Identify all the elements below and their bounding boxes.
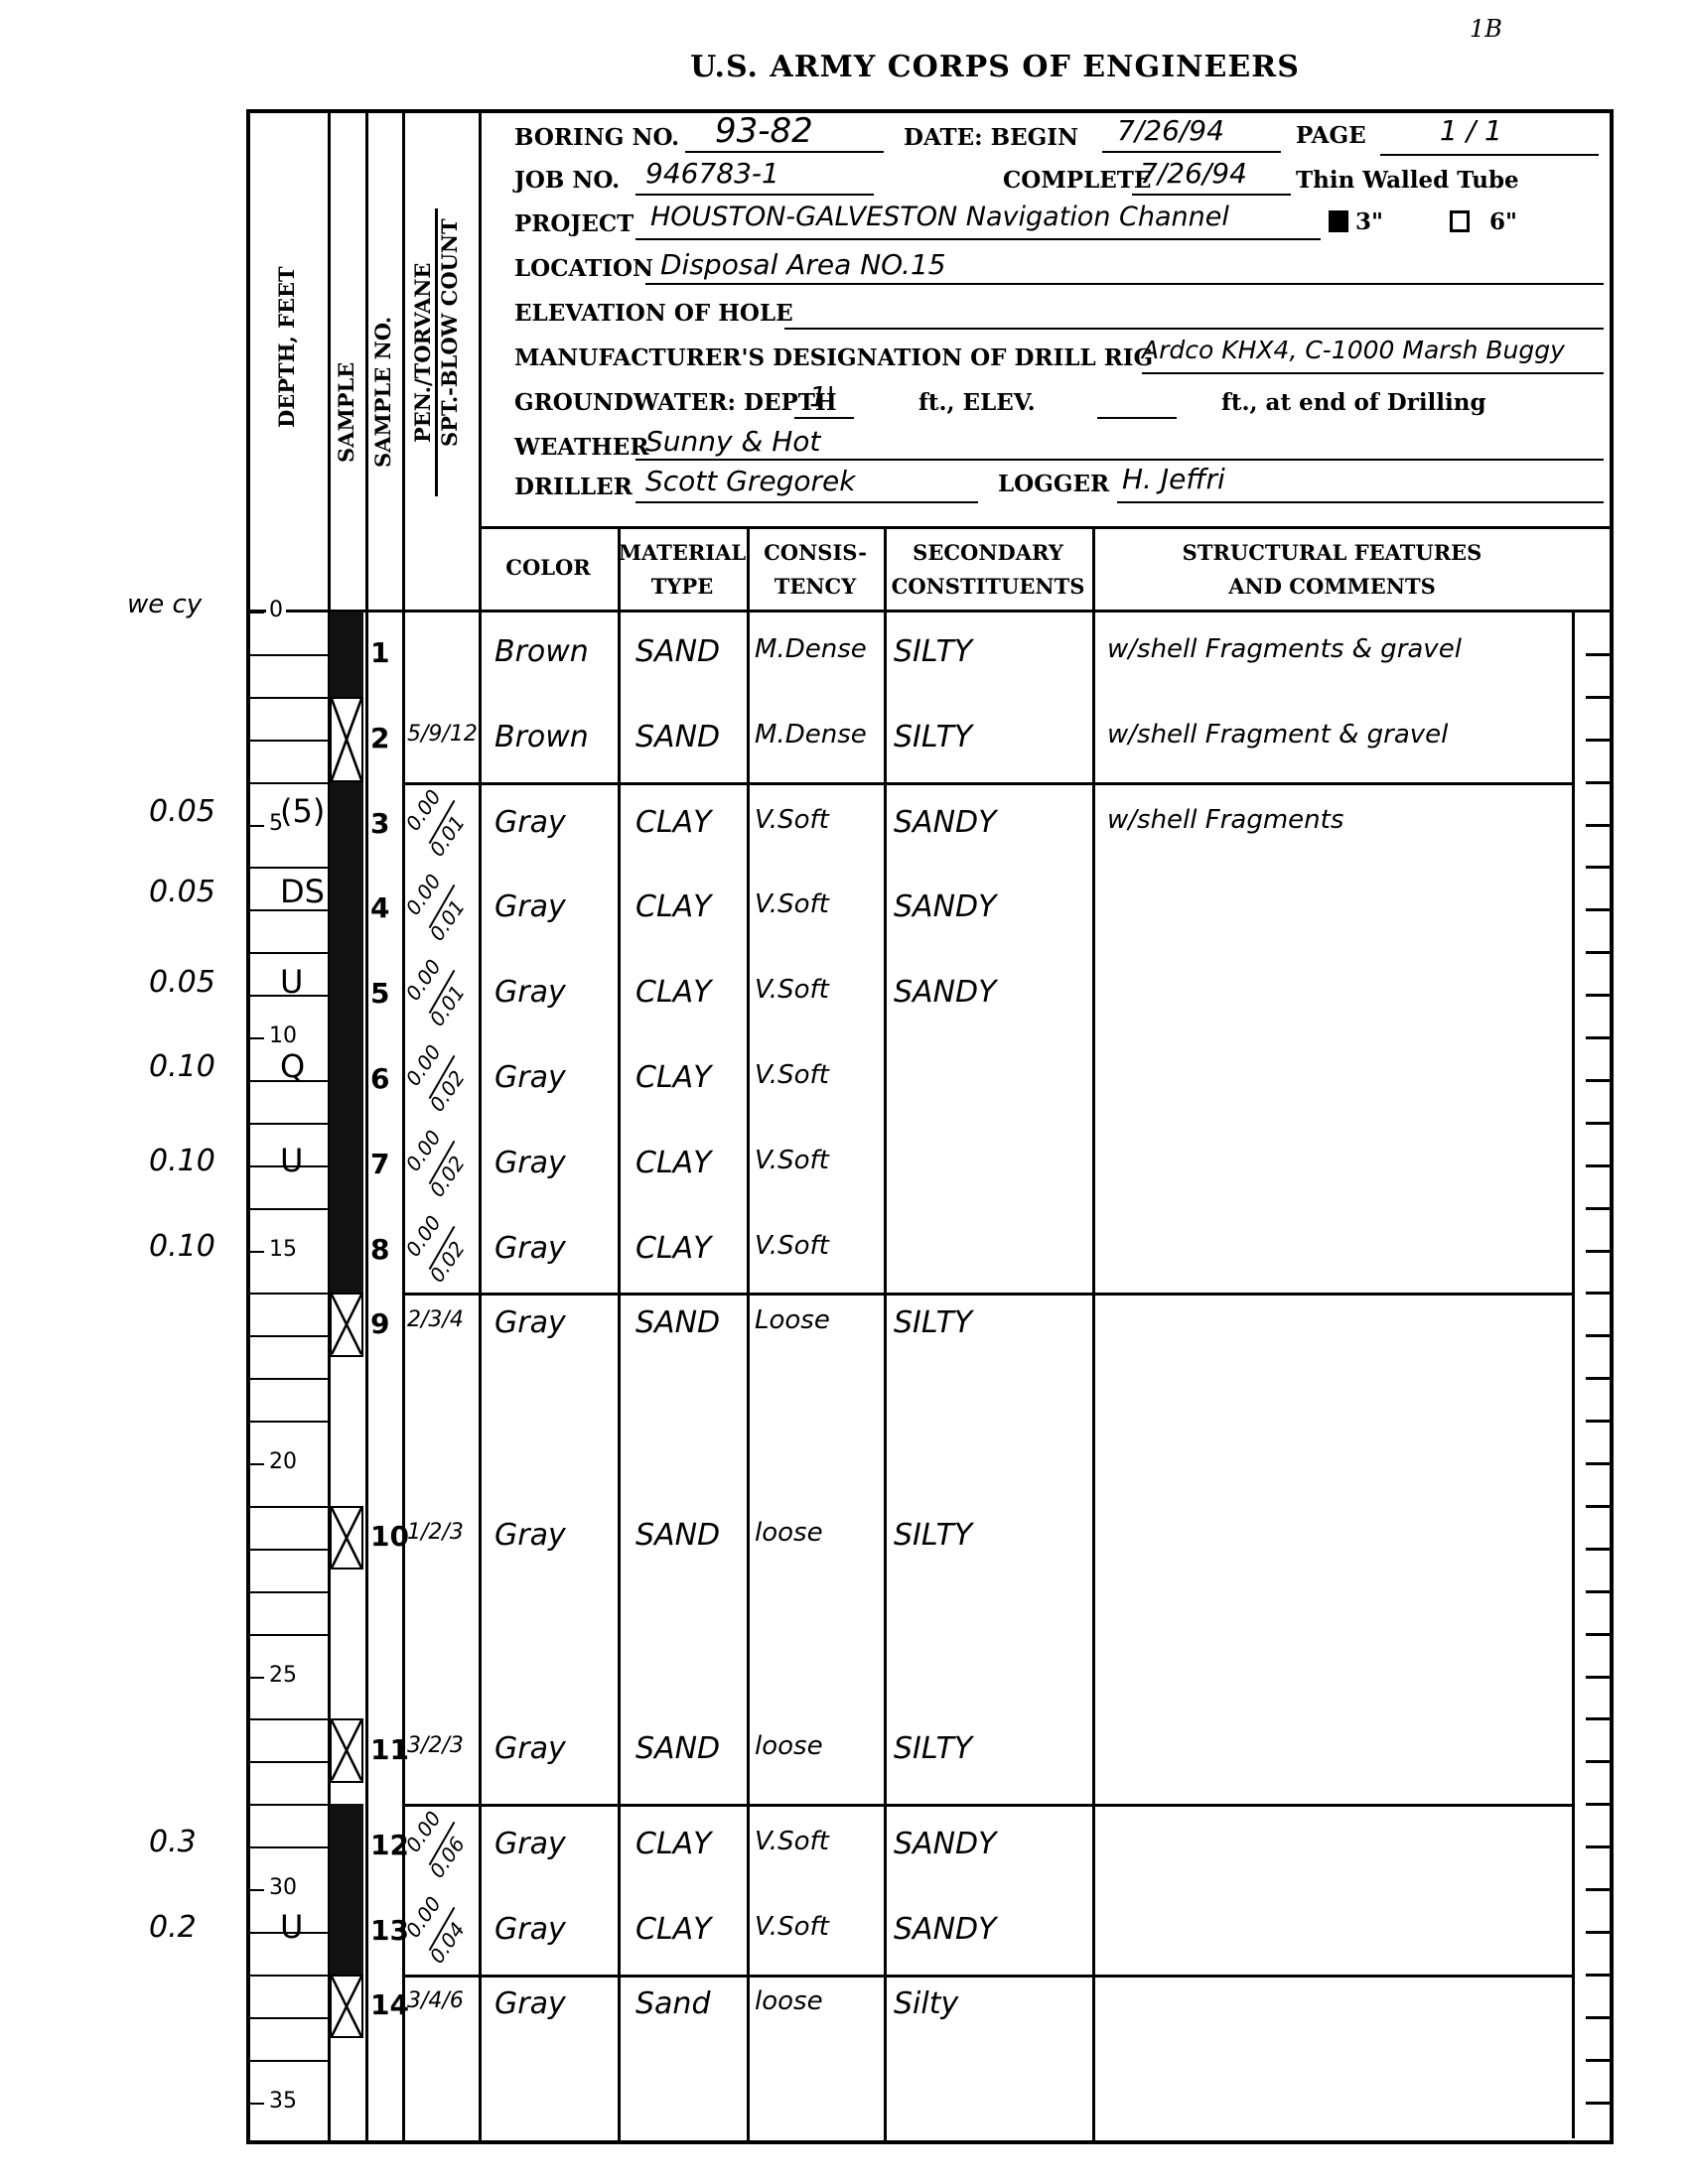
consistency-value: V.Soft — [755, 1231, 829, 1261]
depth-tick-label: 35 — [266, 2089, 300, 2114]
scale-tick — [1586, 1292, 1614, 1295]
tube-6in-label: 6" — [1489, 208, 1517, 235]
depth-grid-line — [250, 825, 264, 827]
complete-label: COMPLETE — [1003, 167, 1151, 194]
tube-6in-checkbox[interactable] — [1450, 210, 1470, 232]
scale-tick — [1586, 1633, 1614, 1636]
depth-tick-label: 10 — [266, 1024, 300, 1048]
sample-tube-marker — [330, 1208, 363, 1294]
depth-grid-line — [250, 1421, 328, 1423]
depth-grid-line — [250, 782, 328, 784]
secondary-value: SANDY — [894, 889, 996, 924]
margin-note: 0.2 — [149, 1910, 197, 1945]
scale-tick — [1586, 1974, 1614, 1977]
depth-grid-line — [250, 1677, 264, 1679]
sample-tube-marker — [330, 1889, 363, 1975]
complete-value: 7/26/94 — [1140, 157, 1247, 190]
margin-note: 0.10 — [149, 1229, 215, 1264]
scale-tick — [1586, 1590, 1614, 1593]
depth-tick-label: 0 — [266, 598, 286, 622]
scale-tick — [1586, 1079, 1614, 1082]
depth-tick-label: 30 — [266, 1875, 300, 1900]
color-value: Gray — [494, 1912, 566, 1947]
tube-3in-checkbox[interactable] — [1329, 210, 1348, 232]
boring-no-label: BORING NO. — [514, 124, 679, 151]
header-sample: SAMPLE — [334, 328, 358, 496]
end-of-drilling-label: ft., at end of Drilling — [1221, 389, 1486, 416]
header-sample-no: SAMPLE NO. — [370, 288, 395, 496]
depth-box-note: U — [280, 963, 303, 1001]
header-secondary-line1: SECONDARY — [884, 536, 1092, 570]
scale-tick — [1586, 1760, 1614, 1763]
depth-grid-line — [250, 697, 328, 699]
depth-grid-line — [250, 1846, 328, 1848]
material-value: CLAY — [635, 975, 712, 1010]
header-color: COLOR — [479, 551, 618, 585]
secondary-value: SANDY — [894, 975, 996, 1010]
depth-grid-line — [250, 1293, 328, 1295]
depth-grid-line — [250, 1463, 264, 1465]
weather-value: Sunny & Hot — [645, 425, 820, 458]
header-pen-torvane: PEN./TORVANE — [410, 208, 438, 496]
color-value: Gray — [494, 1518, 566, 1553]
sample-spt-marker — [330, 697, 363, 782]
sample-no: 8 — [370, 1233, 389, 1266]
color-value: Gray — [494, 1060, 566, 1095]
col-divider — [479, 109, 482, 2144]
comments-value: w/shell Fragments & gravel — [1107, 634, 1462, 664]
scale-tick — [1586, 1207, 1614, 1210]
depth-tick-label: 15 — [266, 1237, 300, 1262]
header-material-line1: MATERIAL — [618, 536, 747, 570]
material-value: CLAY — [635, 889, 712, 924]
color-value: Gray — [494, 1827, 566, 1861]
date-begin-label: DATE: BEGIN — [904, 124, 1078, 151]
color-value: Brown — [494, 720, 589, 754]
depth-grid-line — [250, 740, 328, 742]
secondary-value: SILTY — [894, 1731, 972, 1766]
depth-grid-line — [250, 1718, 328, 1720]
sample-spt-marker — [330, 1975, 363, 2038]
drill-rig-label: MANUFACTURER'S DESIGNATION OF DRILL RIG — [514, 344, 1153, 371]
depth-tick-label: 25 — [266, 1663, 300, 1688]
material-value: CLAY — [635, 1060, 712, 1095]
margin-note: 0.05 — [149, 875, 215, 909]
sample-no: 9 — [370, 1307, 389, 1340]
scale-tick — [1586, 696, 1614, 699]
underline — [635, 194, 874, 196]
col-divider — [365, 109, 368, 2144]
material-value: SAND — [635, 1305, 720, 1340]
material-value: SAND — [635, 1731, 720, 1766]
project-value: HOUSTON-GALVESTON Navigation Channel — [650, 202, 1229, 232]
scale-tick — [1586, 994, 1614, 997]
boring-no-value: 93-82 — [715, 111, 813, 151]
depth-grid-line — [250, 1804, 328, 1806]
depth-grid-line — [250, 2060, 328, 2062]
secondary-value: SILTY — [894, 720, 972, 754]
ft-elev-label: ft., ELEV. — [918, 389, 1036, 416]
material-value: Sand — [635, 1986, 710, 2021]
depth-grid-line — [250, 1251, 264, 1253]
color-value: Gray — [494, 1731, 566, 1766]
secondary-value: SILTY — [894, 1305, 972, 1340]
underline — [784, 328, 1604, 330]
scale-tick — [1586, 1717, 1614, 1720]
drill-rig-value: Ardco KHX4, C-1000 Marsh Buggy — [1142, 336, 1565, 364]
margin-note: 0.05 — [149, 965, 215, 1000]
sample-tube-marker — [330, 867, 363, 952]
depth-box-note: Q — [280, 1047, 305, 1085]
underline — [1102, 151, 1281, 153]
sample-no: 11 — [370, 1733, 409, 1766]
underline — [685, 151, 884, 153]
weather-label: WEATHER — [514, 434, 648, 461]
color-value: Brown — [494, 634, 589, 669]
material-value: CLAY — [635, 1146, 712, 1180]
underline — [1142, 372, 1604, 374]
scale-tick — [1586, 1420, 1614, 1423]
sample-no: 1 — [370, 636, 389, 669]
depth-grid-line — [250, 1591, 328, 1593]
margin-note: 0.05 — [149, 794, 215, 829]
color-value: Gray — [494, 1986, 566, 2021]
agency-title: U.S. ARMY CORPS OF ENGINEERS — [0, 50, 1692, 84]
header-consistency-line1: CONSIS- — [747, 536, 884, 570]
logger-label: LOGGER — [998, 471, 1109, 497]
header-secondary: SECONDARY CONSTITUENTS — [884, 536, 1092, 604]
depth-grid-line — [250, 1889, 264, 1891]
scale-tick — [1586, 1250, 1614, 1253]
scale-tick — [1586, 1462, 1614, 1465]
section-divider — [402, 782, 1572, 785]
consistency-value: Loose — [755, 1305, 830, 1335]
scale-tick — [1586, 653, 1614, 656]
groundwater-label: GROUNDWATER: DEPTH — [514, 389, 837, 416]
sample-no: 14 — [370, 1988, 409, 2021]
scale-tick — [1586, 2016, 1614, 2019]
depth-grid-line — [250, 1761, 328, 1763]
underline — [635, 238, 1321, 240]
consistency-value: V.Soft — [755, 1827, 829, 1856]
depth-grid-line — [250, 1975, 328, 1977]
material-value: CLAY — [635, 805, 712, 840]
sample-tube-marker — [330, 1037, 363, 1123]
logger-value: H. Jeffri — [1122, 463, 1225, 495]
sample-no: 7 — [370, 1148, 389, 1180]
underline — [1380, 154, 1599, 156]
consistency-value: V.Soft — [755, 1146, 829, 1175]
tube-3in-label: 3" — [1355, 208, 1383, 235]
depth-tick-label: 20 — [266, 1449, 300, 1474]
header-spt-blow-count: SPT.-BLOW COUNT — [437, 179, 462, 486]
driller-label: DRILLER — [514, 474, 633, 500]
job-no-label: JOB NO. — [514, 167, 620, 194]
depth-box-note: DS — [280, 873, 325, 910]
material-value: CLAY — [635, 1827, 712, 1861]
scale-tick — [1586, 2059, 1614, 2062]
location-value: Disposal Area NO.15 — [660, 248, 946, 281]
color-value: Gray — [494, 889, 566, 924]
spt-blow-count: 2/3/4 — [407, 1307, 464, 1332]
row-divider — [246, 610, 1614, 613]
material-value: SAND — [635, 634, 720, 669]
sample-no: 5 — [370, 977, 389, 1010]
date-begin-value: 7/26/94 — [1117, 114, 1224, 147]
material-value: SAND — [635, 1518, 720, 1553]
consistency-value: V.Soft — [755, 1912, 829, 1942]
job-no-value: 946783-1 — [645, 157, 779, 190]
scale-tick — [1586, 1377, 1614, 1380]
color-value: Gray — [494, 1305, 566, 1340]
sample-spt-marker — [330, 1506, 363, 1570]
driller-value: Scott Gregorek — [645, 465, 855, 497]
col-divider — [747, 526, 750, 2144]
material-value: SAND — [635, 720, 720, 754]
scale-tick — [1586, 1505, 1614, 1508]
secondary-value: Silty — [894, 1986, 958, 2021]
col-divider — [884, 526, 887, 2144]
scale-tick — [1586, 951, 1614, 954]
scale-tick — [1586, 1676, 1614, 1679]
consistency-value: loose — [755, 1518, 823, 1548]
depth-grid-line — [250, 867, 328, 869]
color-value: Gray — [494, 975, 566, 1010]
sample-tube-marker — [330, 1804, 363, 1889]
sample-no: 2 — [370, 722, 389, 754]
header-material: MATERIAL TYPE — [618, 536, 747, 604]
consistency-value: M.Dense — [755, 720, 867, 750]
header-comments: STRUCTURAL FEATURES AND COMMENTS — [1092, 536, 1572, 604]
color-value: Gray — [494, 805, 566, 840]
scale-tick — [1586, 1845, 1614, 1848]
color-value: Gray — [494, 1146, 566, 1180]
secondary-value: SANDY — [894, 1912, 996, 1947]
depth-grid-line — [250, 2103, 264, 2105]
spt-blow-count: 3/2/3 — [407, 1733, 464, 1758]
header-comments-line2: AND COMMENTS — [1092, 570, 1572, 604]
scale-tick — [1586, 866, 1614, 869]
sample-no: 4 — [370, 891, 389, 924]
consistency-value: V.Soft — [755, 805, 829, 835]
tube-label: Thin Walled Tube — [1296, 167, 1519, 194]
material-value: CLAY — [635, 1912, 712, 1947]
scale-tick — [1586, 1122, 1614, 1125]
consistency-value: loose — [755, 1986, 823, 2016]
scale-tick — [1586, 739, 1614, 742]
color-value: Gray — [494, 1231, 566, 1266]
depth-grid-line — [250, 952, 328, 954]
underline — [794, 417, 854, 419]
depth-grid-line — [250, 1549, 328, 1551]
bottom-border — [246, 2140, 1614, 2144]
sample-no: 10 — [370, 1520, 409, 1553]
sample-spt-marker — [330, 1293, 363, 1356]
spt-blow-count: 5/9/12 — [407, 722, 478, 747]
underline — [635, 501, 978, 503]
depth-grid-line — [250, 1378, 328, 1380]
col-divider — [1572, 610, 1575, 2138]
section-divider — [402, 1293, 1572, 1296]
project-label: PROJECT — [514, 210, 634, 237]
depth-grid-line — [250, 612, 264, 614]
scale-tick — [1586, 1888, 1614, 1891]
page-label: PAGE — [1296, 122, 1366, 149]
secondary-value: SILTY — [894, 634, 972, 669]
comments-value: w/shell Fragment & gravel — [1107, 720, 1448, 750]
header-consistency-line2: TENCY — [747, 570, 884, 604]
margin-note: 0.10 — [149, 1049, 215, 1084]
spt-blow-count: 3/4/6 — [407, 1988, 464, 2013]
underline — [645, 283, 1604, 285]
header-material-line2: TYPE — [618, 570, 747, 604]
header-consistency: CONSIS- TENCY — [747, 536, 884, 604]
margin-note: 0.3 — [149, 1825, 197, 1859]
scale-tick — [1586, 1164, 1614, 1167]
scale-tick — [1586, 1334, 1614, 1337]
margin-note: we cy — [127, 590, 202, 619]
scale-tick — [1586, 824, 1614, 827]
depth-box-note: (5) — [280, 792, 325, 830]
header-comments-line1: STRUCTURAL FEATURES — [1092, 536, 1572, 570]
section-divider — [402, 1975, 1572, 1978]
scale-tick — [1586, 781, 1614, 784]
secondary-value: SANDY — [894, 805, 996, 840]
header-depth-feet: DEPTH, FEET — [274, 199, 299, 496]
consistency-value: loose — [755, 1731, 823, 1761]
consistency-value: V.Soft — [755, 1060, 829, 1090]
depth-grid-line — [250, 1208, 328, 1210]
scale-tick — [1586, 2102, 1614, 2105]
row-divider — [479, 526, 1614, 529]
scale-tick — [1586, 1036, 1614, 1039]
secondary-value: SILTY — [894, 1518, 972, 1553]
page-value: 1 / 1 — [1440, 114, 1502, 147]
material-value: CLAY — [635, 1231, 712, 1266]
depth-grid-line — [250, 1123, 328, 1125]
elevation-label: ELEVATION OF HOLE — [514, 300, 793, 327]
consistency-value: V.Soft — [755, 889, 829, 919]
scale-tick — [1586, 1931, 1614, 1934]
underline — [1117, 501, 1604, 503]
consistency-value: V.Soft — [755, 975, 829, 1005]
consistency-value: M.Dense — [755, 634, 867, 664]
comments-value: w/shell Fragments — [1107, 805, 1343, 835]
groundwater-depth-value: 1' — [809, 380, 835, 413]
spt-blow-count: 1/2/3 — [407, 1520, 464, 1545]
depth-grid-line — [250, 2017, 328, 2019]
sample-tube-marker — [330, 612, 363, 697]
depth-grid-line — [250, 654, 328, 656]
depth-box-note: U — [280, 1142, 303, 1179]
scale-tick — [1586, 1548, 1614, 1551]
scale-tick — [1586, 1803, 1614, 1806]
underline — [635, 459, 1604, 461]
sample-spt-marker — [330, 1718, 363, 1782]
depth-grid-line — [250, 1634, 328, 1636]
secondary-value: SANDY — [894, 1827, 996, 1861]
depth-grid-line — [250, 1037, 264, 1039]
depth-grid-line — [250, 1506, 328, 1508]
sample-no: 6 — [370, 1062, 389, 1095]
sample-tube-marker — [330, 952, 363, 1037]
margin-note: 0.10 — [149, 1144, 215, 1178]
sample-no: 3 — [370, 807, 389, 840]
header-secondary-line2: CONSTITUENTS — [884, 570, 1092, 604]
underline — [1132, 194, 1291, 196]
location-label: LOCATION — [514, 255, 653, 282]
scale-tick — [1586, 908, 1614, 911]
section-divider — [402, 1804, 1572, 1807]
col-divider — [1092, 526, 1095, 2144]
col-divider — [618, 526, 621, 2144]
depth-grid-line — [250, 1335, 328, 1337]
sample-tube-marker — [330, 1123, 363, 1208]
corner-note: 1B — [1470, 15, 1502, 43]
depth-box-note: U — [280, 1908, 303, 1946]
underline — [1097, 417, 1177, 419]
sample-tube-marker — [330, 782, 363, 868]
